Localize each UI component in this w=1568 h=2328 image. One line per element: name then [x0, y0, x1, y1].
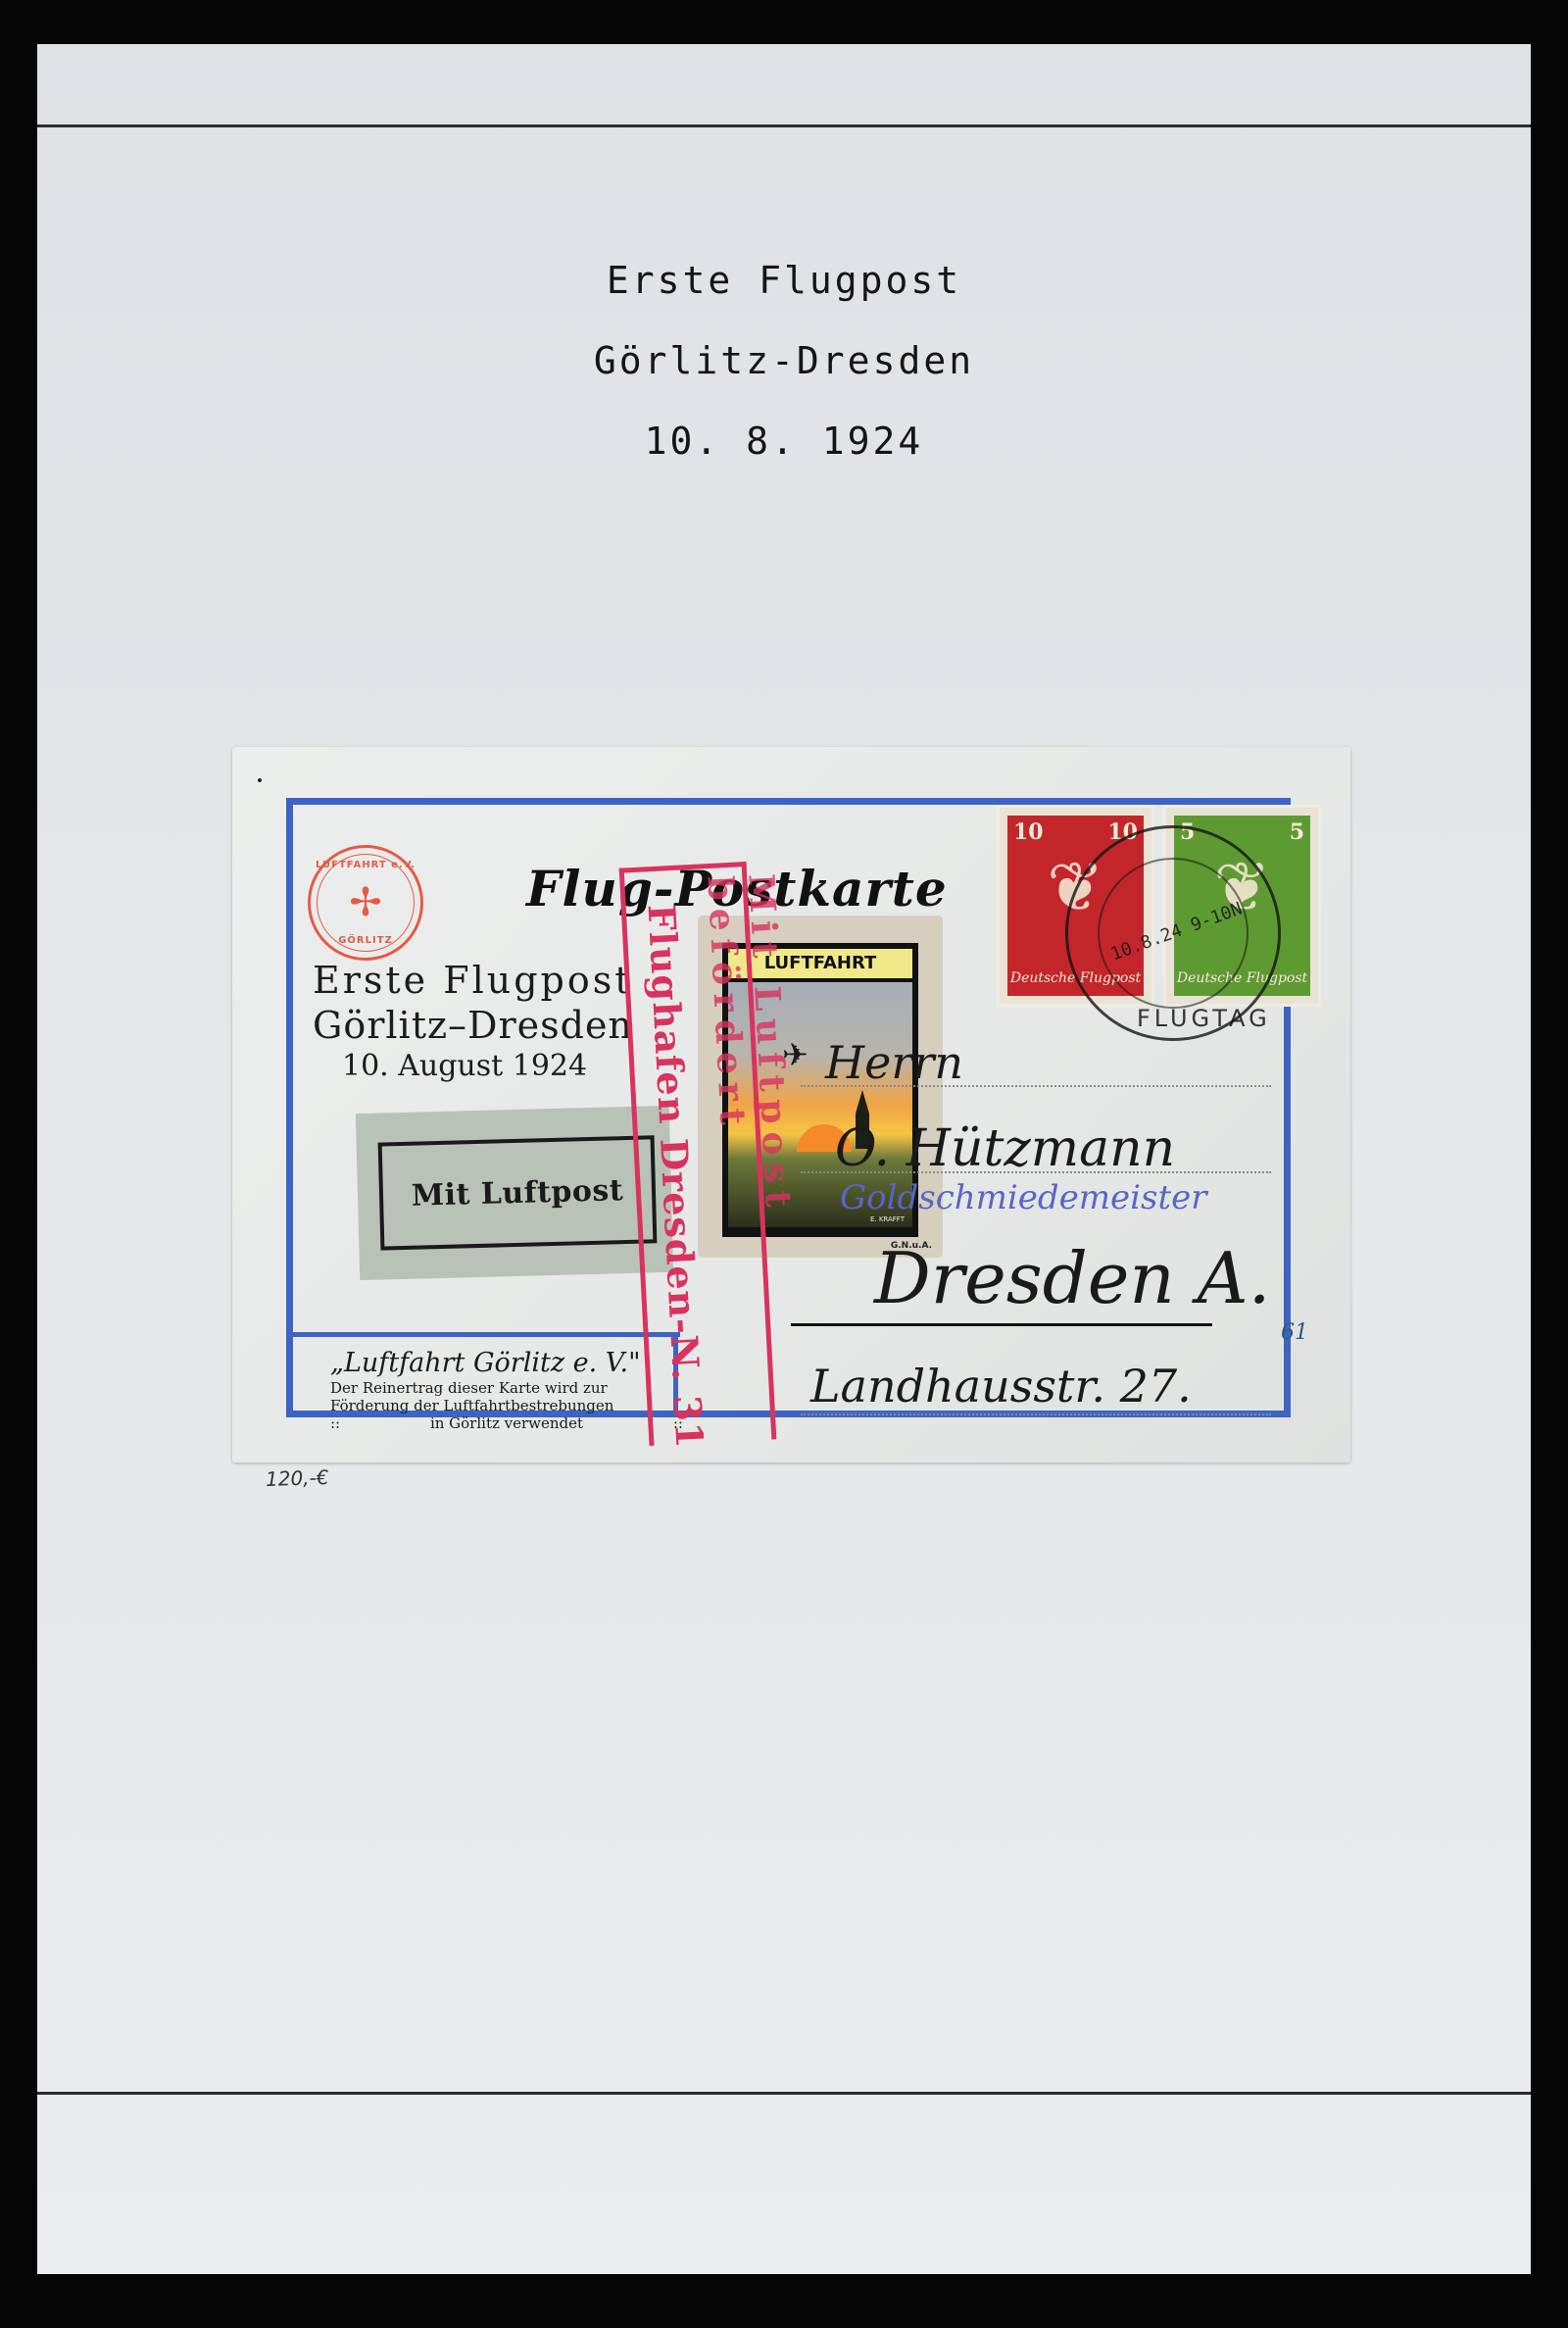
address-city: Dresden A.	[874, 1237, 1271, 1319]
society-imprint: „Luftfahrt Görlitz e. V." Der Reinertrag…	[330, 1348, 683, 1432]
address-name: O. Hützmann	[835, 1119, 1175, 1178]
address-street: Landhausstr. 27.	[810, 1360, 1192, 1412]
postcard[interactable]: LUFTFAHRT e.V. ✢ GÖRLITZ Flug-Postkarte …	[232, 747, 1350, 1462]
seal-top-text: LUFTFAHRT e.V.	[311, 860, 420, 870]
society-note-3-text: in Görlitz verwendet	[430, 1414, 583, 1432]
title-line-3: 10. 8. 1924	[37, 401, 1531, 481]
postmark-text: FLUGTAG	[1137, 1005, 1271, 1032]
society-name: „Luftfahrt Görlitz e. V."	[330, 1348, 683, 1379]
price-note: 120,-€	[266, 1465, 329, 1491]
society-note-3: :: in Görlitz verwendet ::	[330, 1414, 683, 1432]
address-line-3	[791, 1323, 1212, 1326]
address-profession: Goldschmiedemeister	[840, 1178, 1207, 1217]
seal-bottom-text: GÖRLITZ	[311, 935, 420, 946]
airmail-label-text: Mit Luftpost	[378, 1135, 658, 1250]
title-line-1: Erste Flugpost	[37, 240, 1531, 321]
ornament-left: ::	[330, 1414, 340, 1432]
stamp-value-left: 10	[1013, 819, 1044, 845]
airmail-label: Mit Luftpost	[356, 1106, 673, 1280]
bottom-rule	[37, 2092, 1531, 2095]
dot-mark	[258, 778, 262, 782]
frame-divider	[286, 1332, 680, 1337]
winged-propeller-icon: ✢	[349, 883, 382, 922]
album-page: Erste Flugpost Görlitz-Dresden 10. 8. 19…	[37, 44, 1531, 2274]
postmark: 10.8.24 9-10N FLUGTAG	[1065, 825, 1281, 1041]
address-note: 61	[1281, 1320, 1308, 1345]
top-rule	[37, 124, 1531, 127]
society-note-1: Der Reinertrag dieser Karte wird zur	[330, 1379, 683, 1397]
stamp-value-right: 5	[1290, 819, 1304, 845]
title-line-2: Görlitz-Dresden	[37, 321, 1531, 401]
address-line-4	[801, 1413, 1271, 1415]
society-note-2: Förderung der Luftfahrtbestrebungen	[330, 1397, 683, 1414]
address-salutation: Herrn	[825, 1036, 963, 1089]
page-title: Erste Flugpost Görlitz-Dresden 10. 8. 19…	[37, 240, 1531, 481]
club-seal: LUFTFAHRT e.V. ✢ GÖRLITZ	[308, 845, 423, 961]
